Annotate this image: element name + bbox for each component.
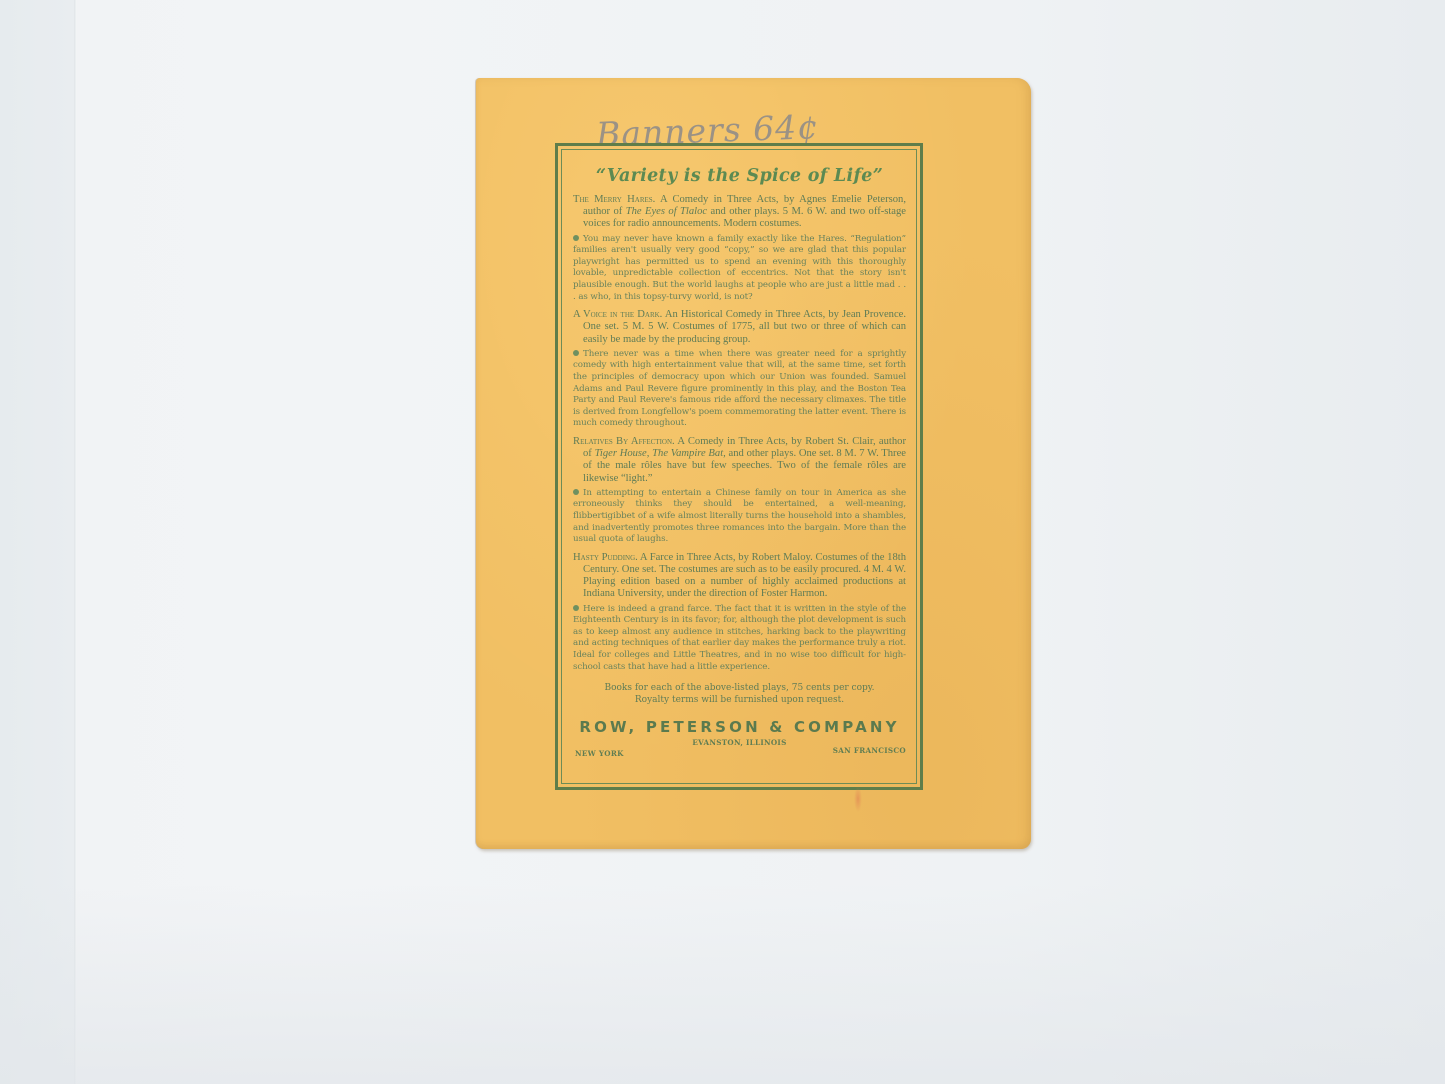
bullet-icon [573,235,579,241]
bullet-icon [573,489,579,495]
cover-frame-inner: “Variety is the Spice of Life” The Merry… [561,149,917,784]
cover-title: “Variety is the Spice of Life” [573,166,906,186]
city-new-york: NEW YORK [575,749,624,758]
play-title: A Voice in the Dark. [573,309,662,320]
play-blurb: There never was a time when there was gr… [573,349,906,430]
bullet-icon [573,605,579,611]
play-blurb: Here is indeed a grand farce. The fact t… [573,604,906,674]
price-notice: Books for each of the above-listed plays… [573,683,906,706]
price-line: Books for each of the above-listed plays… [573,683,906,695]
royalty-line: Royalty terms will be furnished upon req… [573,695,906,707]
play-entry-heading: Relatives By Affection. A Comedy in Thre… [573,436,906,485]
play-author-work: Tiger House, The Vampire Bat, [595,448,726,459]
publisher-cities: EVANSTON, ILLINOIS NEW YORK SAN FRANCISC… [573,736,906,762]
play-entry: A Voice in the Dark. An Historical Comed… [573,309,906,430]
play-entry-heading: A Voice in the Dark. An Historical Comed… [573,309,906,346]
play-author-work: The Eyes of Tlaloc [626,206,707,217]
booklet-back-cover: Banners 64¢ “Variety is the Spice of Lif… [476,78,1031,849]
play-title: Relatives By Affection. [573,436,675,447]
background-shade [0,884,1445,1084]
cover-stain [854,786,862,812]
play-entry-heading: The Merry Hares. A Comedy in Three Acts,… [573,194,906,231]
play-title: Hasty Pudding. [573,552,638,563]
play-entry-heading: Hasty Pudding. A Farce in Three Acts, by… [573,552,906,601]
city-san-francisco: SAN FRANCISCO [833,746,906,755]
cover-frame-outer: “Variety is the Spice of Life” The Merry… [555,143,923,790]
play-entry: Relatives By Affection. A Comedy in Thre… [573,436,906,546]
play-blurb: In attempting to entertain a Chinese fam… [573,488,906,546]
play-entry: Hasty Pudding. A Farce in Three Acts, by… [573,552,906,673]
play-title: The Merry Hares. [573,194,655,205]
play-blurb: You may never have known a family exactl… [573,234,906,304]
publisher-name: ROW, PETERSON & COMPANY [573,718,906,736]
bullet-icon [573,350,579,356]
play-entry: The Merry Hares. A Comedy in Three Acts,… [573,194,906,303]
